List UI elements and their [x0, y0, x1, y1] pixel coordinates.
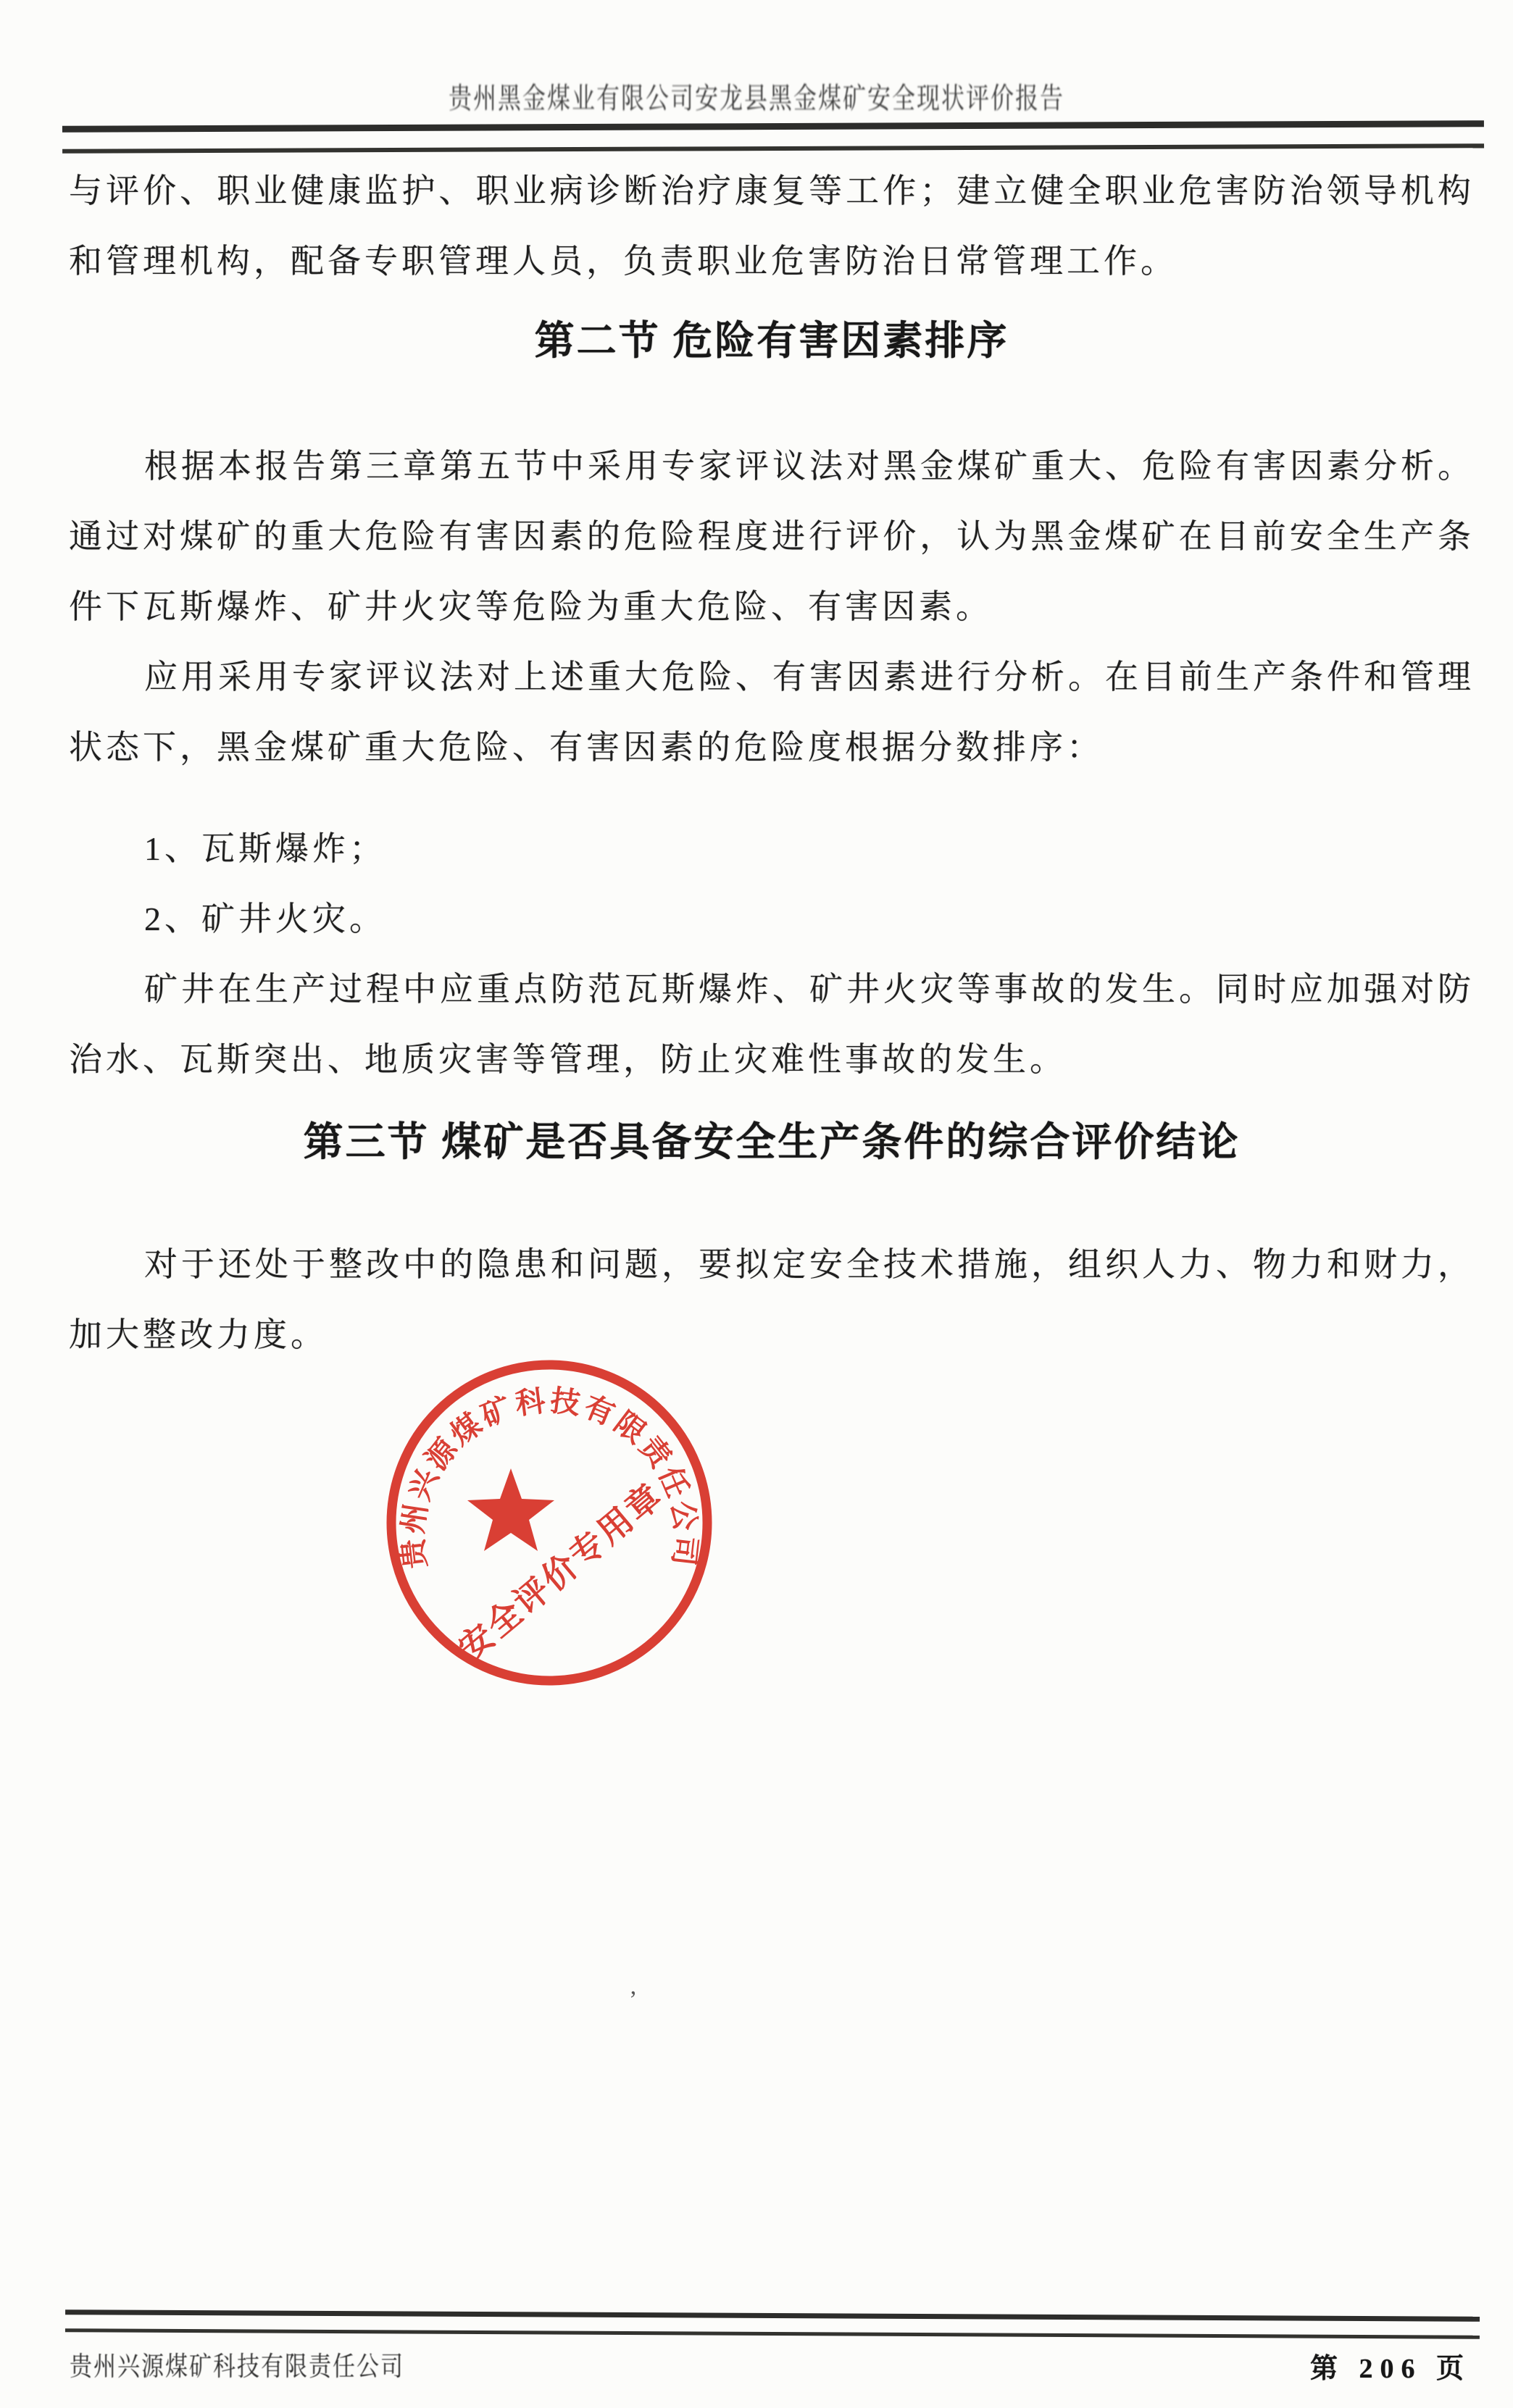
seal-star-icon: [467, 1468, 554, 1551]
seal-arc-text: 贵州兴源煤矿科技有限责任公司: [396, 1384, 703, 1571]
paragraph: 对于还处于整改中的隐患和问题，要拟定安全技术措施，组织人力、物力和财力，加大整改…: [69, 1229, 1475, 1370]
paragraph: 矿井在生产过程中应重点防范瓦斯爆炸、矿井火灾等事故的发生。同时应加强对防治水、瓦…: [69, 954, 1475, 1095]
section2-heading: 第二节 危险有害因素排序: [69, 312, 1475, 370]
page-body: 与评价、职业健康监护、职业病诊断治疗康复等工作；建立健全职业危害防治领导机构和管…: [69, 156, 1475, 1370]
scan-artifact: ’: [629, 1986, 637, 2014]
ranked-list-item: 2、矿井火灾。: [69, 884, 1475, 954]
scanned-report-page: 贵州黑金煤业有限公司安龙县黑金煤矿安全现状评价报告 与评价、职业健康监护、职业病…: [0, 0, 1513, 2408]
paragraph-continued: 与评价、职业健康监护、职业病诊断治疗康复等工作；建立健全职业危害防治领导机构和管…: [69, 156, 1475, 296]
seal-ring: [391, 1365, 707, 1681]
svg-text:贵州兴源煤矿科技有限责任公司: 贵州兴源煤矿科技有限责任公司: [396, 1384, 703, 1571]
header-rule: [62, 120, 1484, 154]
seal-label: 安全评价专用章: [451, 1476, 670, 1668]
ranked-list-item: 1、瓦斯爆炸；: [69, 814, 1475, 884]
running-header: 贵州黑金煤业有限公司安龙县黑金煤矿安全现状评价报告: [0, 75, 1513, 117]
footer-page-number: 第 206 页: [1310, 2346, 1471, 2386]
footer-company: 贵州兴源煤矿科技有限责任公司: [70, 2344, 404, 2383]
company-seal: 贵州兴源煤矿科技有限责任公司 安全评价专用章: [378, 1352, 719, 1692]
paragraph: 应用采用专家评议法对上述重大危险、有害因素进行分析。在目前生产条件和管理状态下，…: [69, 642, 1475, 782]
paragraph: 根据本报告第三章第五节中采用专家评议法对黑金煤矿重大、危险有害因素分析。通过对煤…: [69, 431, 1475, 642]
running-header-title: 贵州黑金煤业有限公司安龙县黑金煤矿安全现状评价报告: [449, 82, 1064, 114]
section3-heading: 第三节 煤矿是否具备安全生产条件的综合评价结论: [69, 1113, 1475, 1171]
footer-rule: [65, 2309, 1480, 2339]
